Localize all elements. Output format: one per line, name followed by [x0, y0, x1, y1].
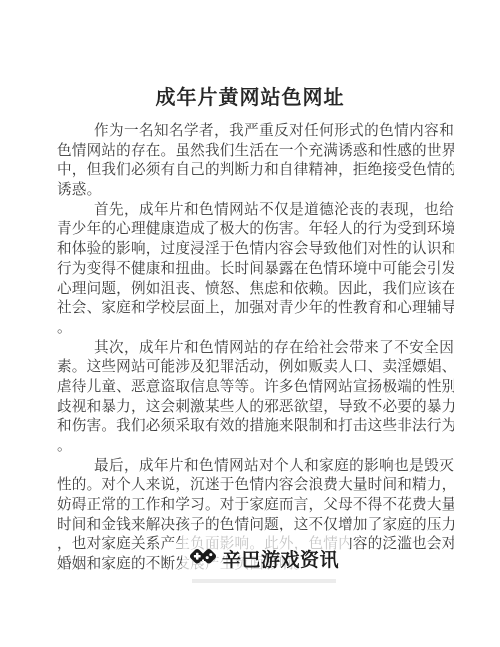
text-line: 诱惑。	[57, 180, 454, 200]
paragraph: 首先，成年片和色情网站不仅是道德沦丧的表现，也给青少年的心理健康造成了极大的伤害…	[57, 200, 454, 338]
text-line: 色情网站的存在。虽然我们生活在一个充满诱惑和性感的世界	[57, 141, 454, 161]
text-line: 社会、家庭和学校层面上，加强对青少年的性教育和心理辅导	[57, 298, 454, 318]
watermark-brand-text: 辛巴游戏资讯	[222, 545, 339, 572]
text-line: 。	[57, 318, 454, 338]
text-line: 。	[57, 436, 454, 456]
article-body: 作为一名知名学者，我严重反对任何形式的色情内容和色情网站的存在。虽然我们生活在一…	[57, 121, 454, 574]
text-line: 妨碍正常的工作和学习。对于家庭而言，父母不得不花费大量	[57, 495, 454, 515]
text-line: 和体验的影响，过度浸淫于色情内容会导致他们对性的认识和	[57, 239, 454, 259]
text-line: 虐待儿童、恶意盗取信息等等。许多色情网站宣扬极端的性别	[57, 377, 454, 397]
text-line: 和伤害。我们必须采取有效的措施来限制和打击这些非法行为	[57, 416, 454, 436]
text-line: 青少年的心理健康造成了极大的伤害。年轻人的行为受到环境	[57, 219, 454, 239]
text-line: 最后，成年片和色情网站对个人和家庭的影响也是毁灭	[57, 456, 454, 476]
text-line: 行为变得不健康和扭曲。长时间暴露在色情环境中可能会引发	[57, 259, 454, 279]
text-line: 首先，成年片和色情网站不仅是道德沦丧的表现，也给	[57, 200, 454, 220]
watermark: 辛巴游戏资讯	[189, 545, 339, 572]
text-line: 作为一名知名学者，我严重反对任何形式的色情内容和	[57, 121, 454, 141]
page-root: 成年片黄网站色网址 作为一名知名学者，我严重反对任何形式的色情内容和色情网站的存…	[0, 0, 500, 647]
text-line: 性的。对个人来说，沉迷于色情内容会浪费大量时间和精力，	[57, 475, 454, 495]
page-title: 成年片黄网站色网址	[0, 81, 500, 110]
text-line: 素。这些网站可能涉及犯罪活动，例如贩卖人口、卖淫嫖娼、	[57, 357, 454, 377]
text-line: 中，但我们必须有自己的判断力和自律精神，拒绝接受色情的	[57, 160, 454, 180]
text-line: 心理问题，例如沮丧、愤怒、焦虑和依赖。因此，我们应该在	[57, 279, 454, 299]
paragraph: 作为一名知名学者，我严重反对任何形式的色情内容和色情网站的存在。虽然我们生活在一…	[57, 121, 454, 200]
watermark-underline	[192, 579, 336, 583]
text-line: 歧视和暴力，这会刺激某些人的邪恶欲望，导致不必要的暴力	[57, 397, 454, 417]
gamepad-heart-icon	[189, 548, 217, 570]
paragraph: 其次，成年片和色情网站的存在给社会带来了不安全因素。这些网站可能涉及犯罪活动，例…	[57, 338, 454, 456]
text-line: 其次，成年片和色情网站的存在给社会带来了不安全因	[57, 338, 454, 358]
